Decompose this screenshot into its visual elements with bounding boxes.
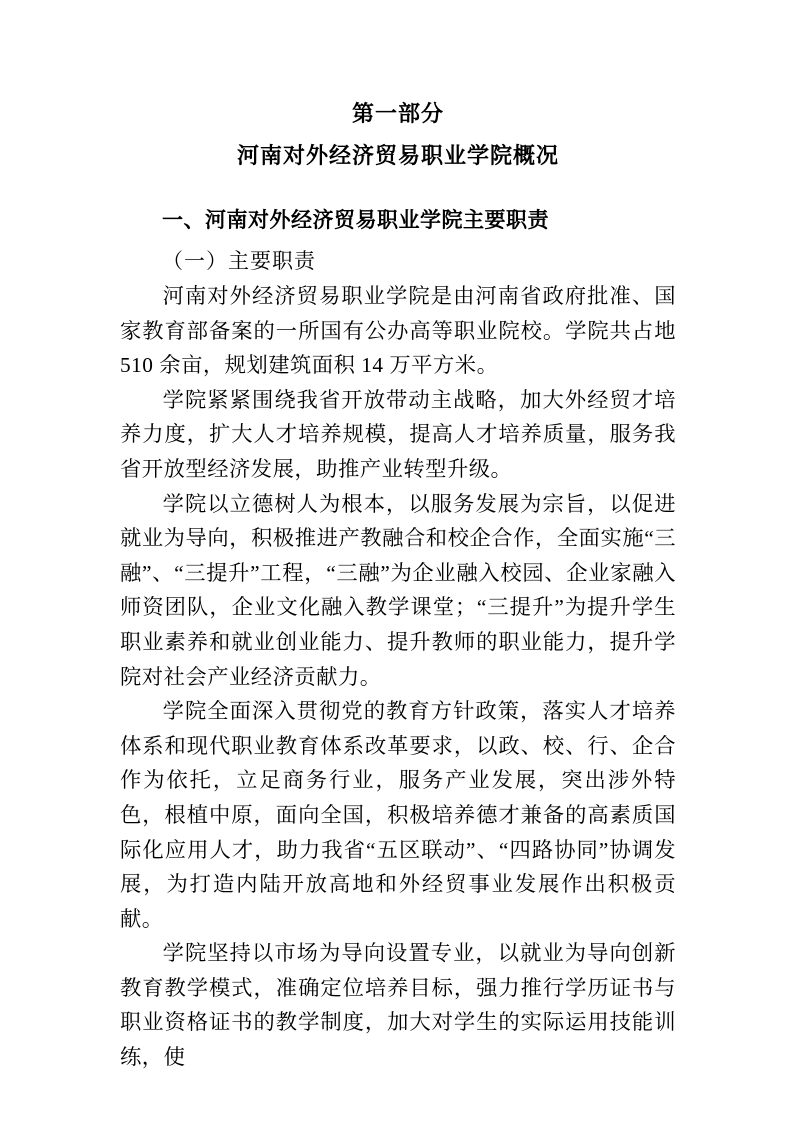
section-heading: 一、河南对外经济贸易职业学院主要职责 xyxy=(120,203,676,239)
paragraph: 学院紧紧围绕我省开放带动主战略，加大外经贸才培养力度，扩大人才培养规模，提高人才… xyxy=(120,383,676,487)
paragraph: 学院以立德树人为根本，以服务发展为宗旨，以促进就业为导向，积极推进产教融合和校企… xyxy=(120,487,676,695)
document-title: 河南对外经济贸易职业学院概况 xyxy=(120,135,676,177)
body-text: 河南对外经济贸易职业学院是由河南省政府批准、国家教育部备案的一所国有公办高等职业… xyxy=(120,279,676,1075)
document-content: 第一部分 河南对外经济贸易职业学院概况 一、河南对外经济贸易职业学院主要职责 （… xyxy=(0,0,793,1075)
paragraph: 学院坚持以市场为导向设置专业，以就业为导向创新教育教学模式，准确定位培养目标，强… xyxy=(120,936,676,1074)
sub-heading: （一）主要职责 xyxy=(120,243,676,279)
paragraph: 河南对外经济贸易职业学院是由河南省政府批准、国家教育部备案的一所国有公办高等职业… xyxy=(120,279,676,383)
paragraph: 学院全面深入贯彻党的教育方针政策，落实人才培养体系和现代职业教育体系改革要求，以… xyxy=(120,694,676,936)
document-page: 第一部分 河南对外经济贸易职业学院概况 一、河南对外经济贸易职业学院主要职责 （… xyxy=(0,0,793,1122)
part-title: 第一部分 xyxy=(120,93,676,135)
